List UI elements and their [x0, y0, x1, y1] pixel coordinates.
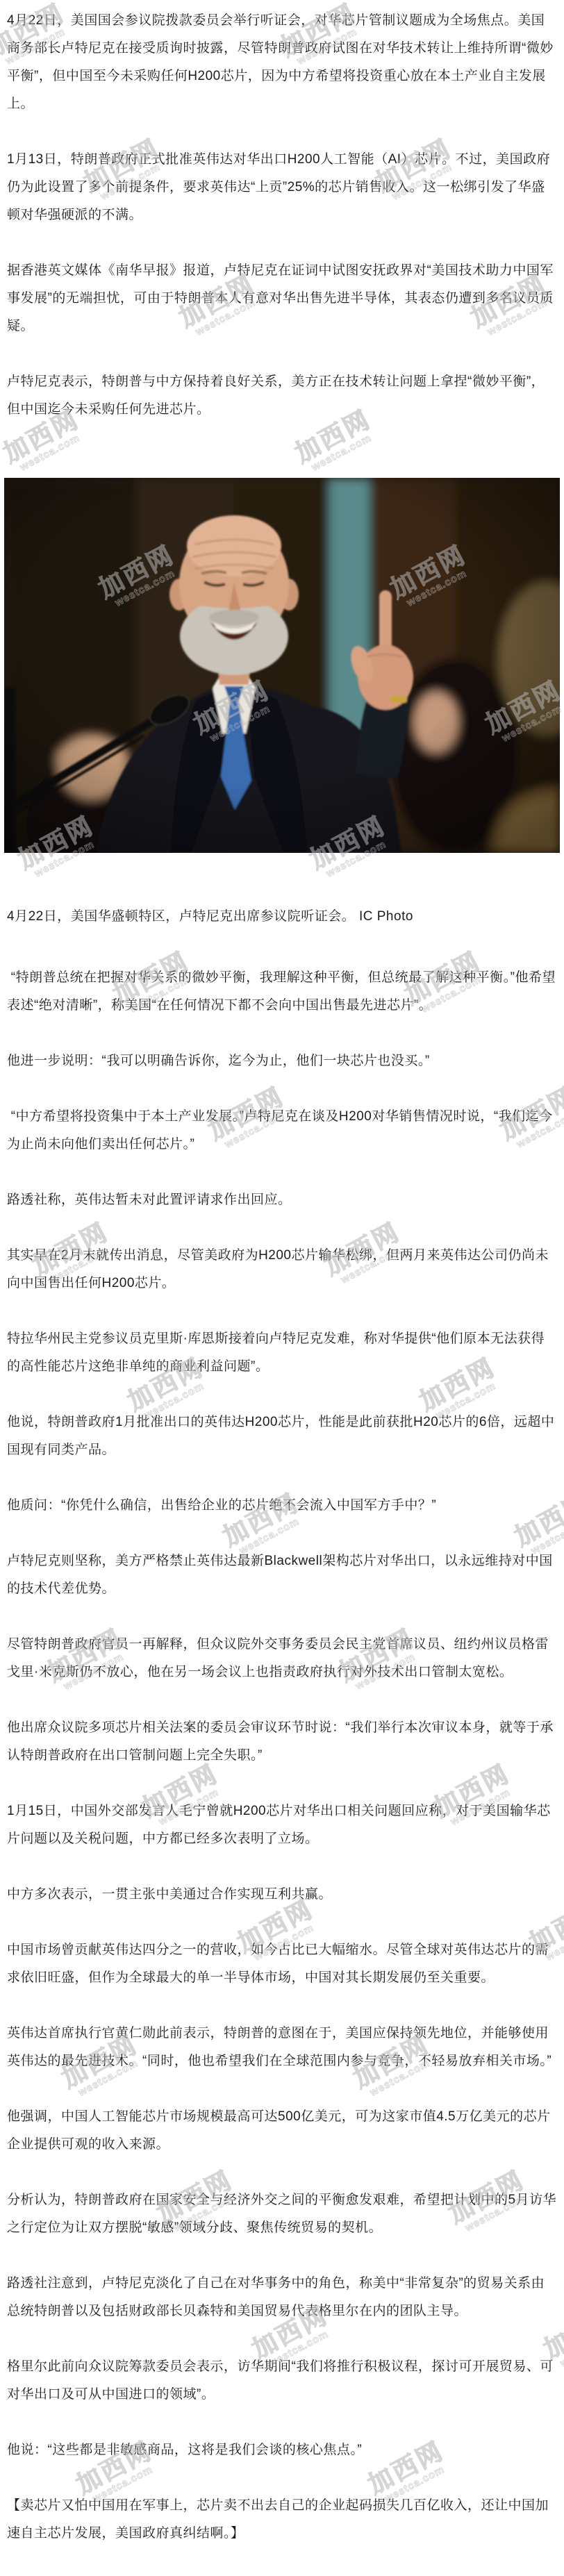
article-paragraph: 他进一步说明：“我可以明确告诉你，迄今为止，他们一块芯片也没买。”: [7, 1047, 557, 1075]
article-paragraph: 4月22日，美国国会参议院拨款委员会举行听证会，对华芯片管制议题成为全场焦点。美…: [7, 7, 557, 118]
article-body: “特朗普总统在把握对华关系的微妙平衡，我理解这种平衡，但总统最了解这种平衡。”他…: [7, 964, 557, 2464]
article-paragraph: 中方多次表示，一贯主张中美通过合作实现互利共赢。: [7, 1881, 557, 1909]
article-page: 加西网westca.com加西网westca.com加西网westca.com加…: [0, 0, 564, 2576]
article-paragraph: 卢特尼克则坚称，美方严格禁止英伟达最新Blackwell架构芯片对华出口，以永远…: [7, 1547, 557, 1603]
article-paragraph: “特朗普总统在把握对华关系的微妙平衡，我理解这种平衡，但总统最了解这种平衡。”他…: [7, 964, 557, 1020]
article-paragraph: 中国市场曾贡献英伟达四分之一的营收，如今占比已大幅缩水。尽管全球对英伟达芯片的需…: [7, 1936, 557, 1992]
hearing-photo: [4, 478, 560, 853]
article-paragraph: 卢特尼克表示，特朗普与中方保持着良好关系，美方正在技术转让问题上拿捏“微妙平衡”…: [7, 368, 557, 424]
article-intro: 4月22日，美国国会参议院拨款委员会举行听证会，对华芯片管制议题成为全场焦点。美…: [7, 7, 557, 424]
article-paragraph: 1月15日，中国外交部发言人毛宁曾就H200芯片对华出口相关问题回应称，对于美国…: [7, 1797, 557, 1853]
article-paragraph: 特拉华州民主党参议员克里斯·库恩斯接着向卢特尼克发难，称对华提供“他们原本无法获…: [7, 1325, 557, 1381]
photo-caption: 4月22日，美国华盛顿特区，卢特尼克出席参议院听证会。 IC Photo: [7, 903, 557, 931]
article-content: 4月22日，美国国会参议院拨款委员会举行听证会，对华芯片管制议题成为全场焦点。美…: [0, 0, 564, 2548]
article-paragraph: 其实早在2月末就传出消息，尽管美政府为H200芯片输华松绑，但两月来英伟达公司仍…: [7, 1242, 557, 1297]
article-paragraph: 他出席众议院多项芯片相关法案的委员会审议环节时说：“我们举行本次审议本身，就等于…: [7, 1714, 557, 1770]
article-paragraph: 路透社注意到，卢特尼克淡化了自己在对华事务中的角色，称美中“非常复杂”的贸易关系…: [7, 2270, 557, 2325]
article-paragraph: 英伟达首席执行官黄仁勋此前表示，特朗普的意图在于，美国应保持领先地位，并能够使用…: [7, 2020, 557, 2075]
article-paragraph: 他说：“这些都是非敏感商品，这将是我们会谈的核心焦点。”: [7, 2436, 557, 2464]
article-paragraph: 尽管特朗普政府官员一再解释，但众议院外交事务委员会民主党首席议员、纽约州议员格雷…: [7, 1631, 557, 1686]
hearing-photo-illustration: [4, 478, 560, 853]
editor-comment: 【卖芯片又怕中国用在军事上，芯片卖不出去自己的企业起码损失几百亿收入，还让中国加…: [7, 2492, 557, 2548]
article-paragraph: “中方希望将投资集中于本土产业发展。”卢特尼克在谈及H200对华销售情况时说，“…: [7, 1103, 557, 1158]
article-paragraph: 分析认为，特朗普政府在国家安全与经济外交之间的平衡愈发艰难，希望把计划中的5月访…: [7, 2186, 557, 2242]
article-paragraph: 格里尔此前向众议院筹款委员会表示，访华期间“我们将推行积极议程，探讨可开展贸易、…: [7, 2353, 557, 2409]
article-paragraph: 他强调，中国人工智能芯片市场规模最高可达500亿美元，可为这家市值4.5万亿美元…: [7, 2103, 557, 2159]
article-paragraph: 据香港英文媒体《南华早报》报道，卢特尼克在证词中试图安抚政界对“美国技术助力中国…: [7, 257, 557, 340]
article-paragraph: 路透社称，英伟达暂未对此置评请求作出回应。: [7, 1186, 557, 1214]
article-paragraph: 1月13日，特朗普政府正式批准英伟达对华出口H200人工智能（AI）芯片。不过，…: [7, 146, 557, 229]
article-paragraph: 他质问：“你凭什么确信，出售给企业的芯片绝不会流入中国军方手中？”: [7, 1492, 557, 1520]
article-paragraph: 他说，特朗普政府1月批准出口的英伟达H200芯片，性能是此前获批H20芯片的6倍…: [7, 1409, 557, 1464]
